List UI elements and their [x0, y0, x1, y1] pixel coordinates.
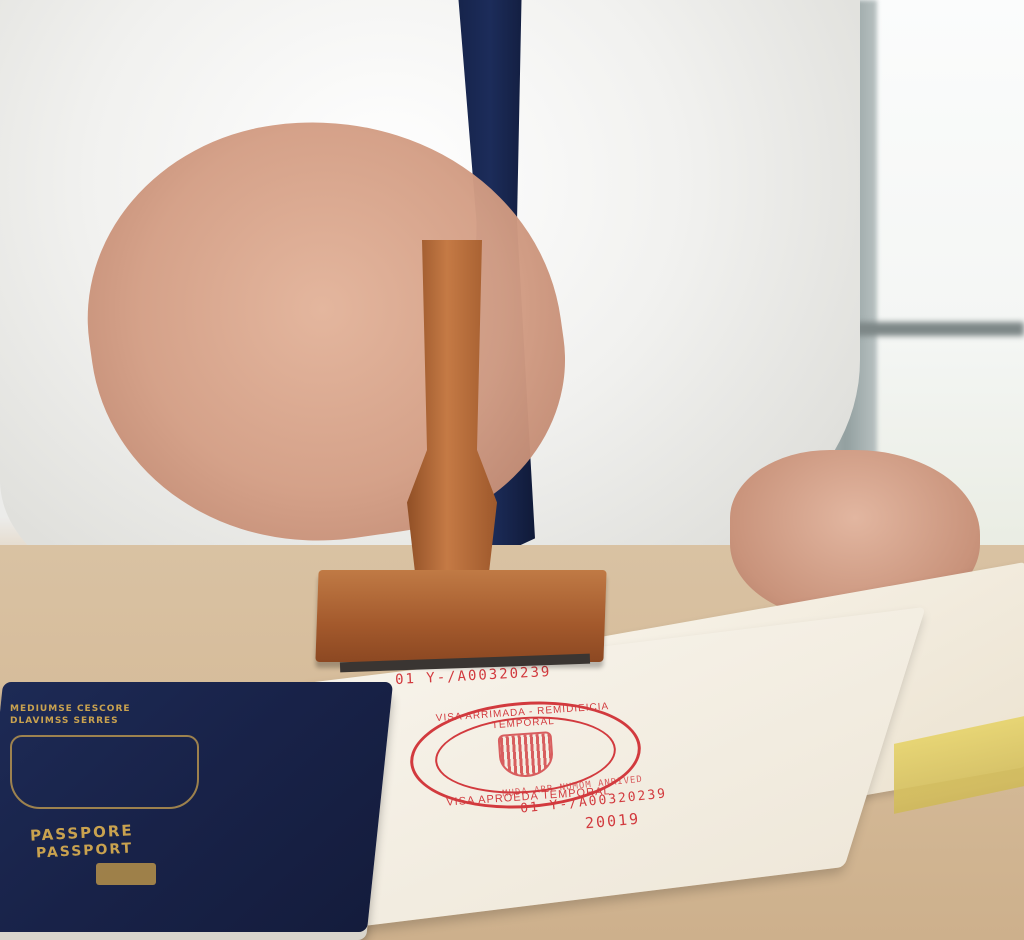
stamp-block: [315, 570, 606, 662]
passport-header-line1: MEDIUMSE CESCORE: [10, 704, 131, 714]
passport-crest-icon: [10, 735, 199, 809]
passport-header-line2: DLAVIMSS SERRES: [10, 716, 119, 726]
photo-scene: ꟽꓭ⅂ ꟼ ꓘOꓛꓭ⅂ ꓤ ꓕꓭƎꓷ 01 Y-/A00320239 VISA …: [0, 0, 1024, 940]
biometric-chip-icon: [96, 863, 156, 885]
